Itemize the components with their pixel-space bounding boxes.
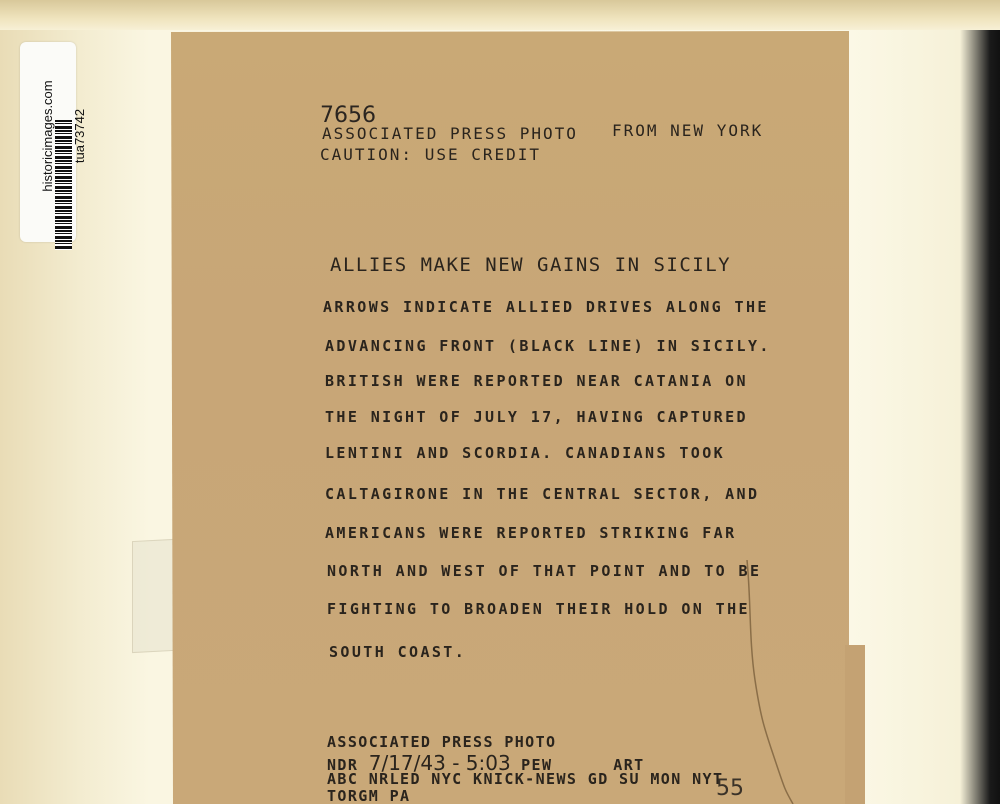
body-line-4: THE NIGHT OF JULY 17, HAVING CAPTURED [325, 408, 748, 426]
caption-document: 7656 ASSOCIATED PRESS PHOTO FROM NEW YOR… [0, 0, 1000, 804]
body-line-3: BRITISH WERE REPORTED NEAR CATANIA ON [325, 372, 748, 390]
body-line-7: AMERICANS WERE REPORTED STRIKING FAR [325, 524, 737, 542]
body-line-2: ADVANCING FRONT (BLACK LINE) IN SICILY. [325, 337, 771, 355]
body-line-9: FIGHTING TO BROADEN THEIR HOLD ON THE [327, 600, 750, 618]
body-line-8: NORTH AND WEST OF THAT POINT AND TO BE [327, 562, 761, 580]
body-line-1: ARROWS INDICATE ALLIED DRIVES ALONG THE [323, 298, 769, 316]
body-line-6: CALTAGIRONE IN THE CENTRAL SECTOR, AND [325, 485, 759, 503]
body-line-5: LENTINI AND SCORDIA. CANADIANS TOOK [325, 444, 725, 462]
distribution-line-1: ABC NRLED NYC KNICK-NEWS GD SU MON NYT [327, 770, 723, 788]
distribution-line-2: TORGM PA [327, 787, 410, 804]
headline: ALLIES MAKE NEW GAINS IN SICILY [330, 254, 731, 276]
agency-line: ASSOCIATED PRESS PHOTO [322, 124, 578, 143]
origin-line: FROM NEW YORK [612, 121, 763, 140]
page-mark: 55 [716, 776, 744, 801]
footer-agency-line: ASSOCIATED PRESS PHOTO [327, 733, 556, 751]
body-line-10: SOUTH COAST. [329, 643, 466, 661]
caution-line: CAUTION: USE CREDIT [320, 145, 541, 164]
